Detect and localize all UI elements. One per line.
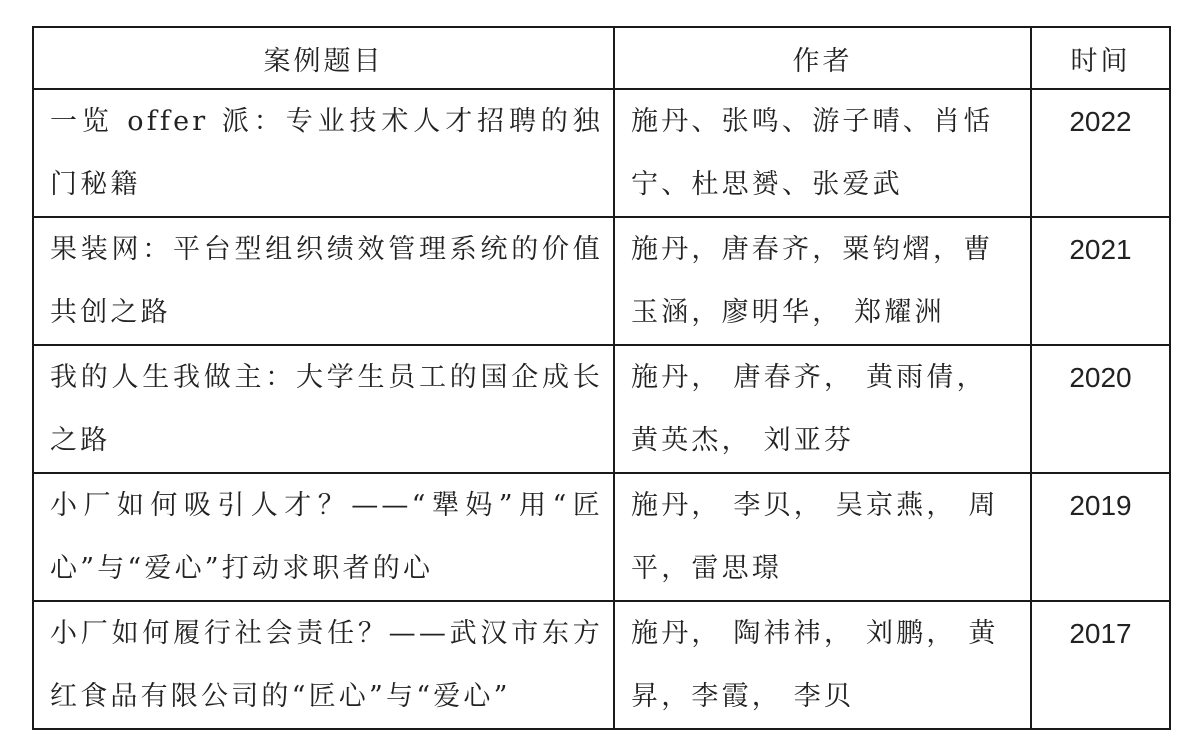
cell-title: 我的人生我做主：大学生员工的国企成长之路 bbox=[33, 345, 614, 473]
year-text: 2020 bbox=[1032, 346, 1169, 409]
authors-text: 施丹， 李贝， 吴京燕， 周平，雷思璟 bbox=[615, 474, 1030, 600]
cell-title: 果装网：平台型组织绩效管理系统的价值共创之路 bbox=[33, 217, 614, 345]
cell-title: 一览 offer 派：专业技术人才招聘的独门秘籍 bbox=[33, 89, 614, 217]
cell-year: 2017 bbox=[1031, 601, 1170, 729]
cell-authors: 施丹、张鸣、游子晴、肖恬宁、杜思赟、张爱武 bbox=[614, 89, 1031, 217]
case-title-text: 小厂如何履行社会责任？——武汉市东方红食品有限公司的“匠心”与“爱心” bbox=[34, 602, 613, 728]
table-row: 果装网：平台型组织绩效管理系统的价值共创之路 施丹，唐春齐，粟钧熠，曹玉涵，廖明… bbox=[33, 217, 1170, 345]
cell-title: 小厂如何吸引人才？——“犟妈”用“匠心”与“爱心”打动求职者的心 bbox=[33, 473, 614, 601]
authors-text: 施丹、张鸣、游子晴、肖恬宁、杜思赟、张爱武 bbox=[615, 90, 1030, 216]
table-header-row: 案例题目 作者 时间 bbox=[33, 27, 1170, 89]
table-row: 我的人生我做主：大学生员工的国企成长之路 施丹， 唐春齐， 黄雨倩， 黄英杰， … bbox=[33, 345, 1170, 473]
cell-authors: 施丹， 李贝， 吴京燕， 周平，雷思璟 bbox=[614, 473, 1031, 601]
cell-year: 2021 bbox=[1031, 217, 1170, 345]
year-text: 2021 bbox=[1032, 218, 1169, 281]
case-title-text: 小厂如何吸引人才？——“犟妈”用“匠心”与“爱心”打动求职者的心 bbox=[34, 474, 613, 600]
cell-title: 小厂如何履行社会责任？——武汉市东方红食品有限公司的“匠心”与“爱心” bbox=[33, 601, 614, 729]
authors-text: 施丹， 陶祎祎， 刘鹏， 黄昇，李霞， 李贝 bbox=[615, 602, 1030, 728]
table-row: 小厂如何履行社会责任？——武汉市东方红食品有限公司的“匠心”与“爱心” 施丹， … bbox=[33, 601, 1170, 729]
case-title-text: 一览 offer 派：专业技术人才招聘的独门秘籍 bbox=[34, 90, 613, 216]
case-table: 案例题目 作者 时间 一览 offer 派：专业技术人才招聘的独门秘籍 施丹、张… bbox=[32, 26, 1171, 730]
cell-authors: 施丹， 唐春齐， 黄雨倩， 黄英杰， 刘亚芬 bbox=[614, 345, 1031, 473]
cell-authors: 施丹，唐春齐，粟钧熠，曹玉涵，廖明华， 郑耀洲 bbox=[614, 217, 1031, 345]
cell-year: 2020 bbox=[1031, 345, 1170, 473]
year-text: 2017 bbox=[1032, 602, 1169, 665]
cell-year: 2019 bbox=[1031, 473, 1170, 601]
table-row: 一览 offer 派：专业技术人才招聘的独门秘籍 施丹、张鸣、游子晴、肖恬宁、杜… bbox=[33, 89, 1170, 217]
year-text: 2022 bbox=[1032, 90, 1169, 153]
header-title: 案例题目 bbox=[33, 27, 614, 89]
header-authors: 作者 bbox=[614, 27, 1031, 89]
case-title-text: 果装网：平台型组织绩效管理系统的价值共创之路 bbox=[34, 218, 613, 344]
cell-authors: 施丹， 陶祎祎， 刘鹏， 黄昇，李霞， 李贝 bbox=[614, 601, 1031, 729]
authors-text: 施丹， 唐春齐， 黄雨倩， 黄英杰， 刘亚芬 bbox=[615, 346, 1030, 472]
year-text: 2019 bbox=[1032, 474, 1169, 537]
header-year: 时间 bbox=[1031, 27, 1170, 89]
cell-year: 2022 bbox=[1031, 89, 1170, 217]
case-title-text: 我的人生我做主：大学生员工的国企成长之路 bbox=[34, 346, 613, 472]
table-row: 小厂如何吸引人才？——“犟妈”用“匠心”与“爱心”打动求职者的心 施丹， 李贝，… bbox=[33, 473, 1170, 601]
authors-text: 施丹，唐春齐，粟钧熠，曹玉涵，廖明华， 郑耀洲 bbox=[615, 218, 1030, 344]
